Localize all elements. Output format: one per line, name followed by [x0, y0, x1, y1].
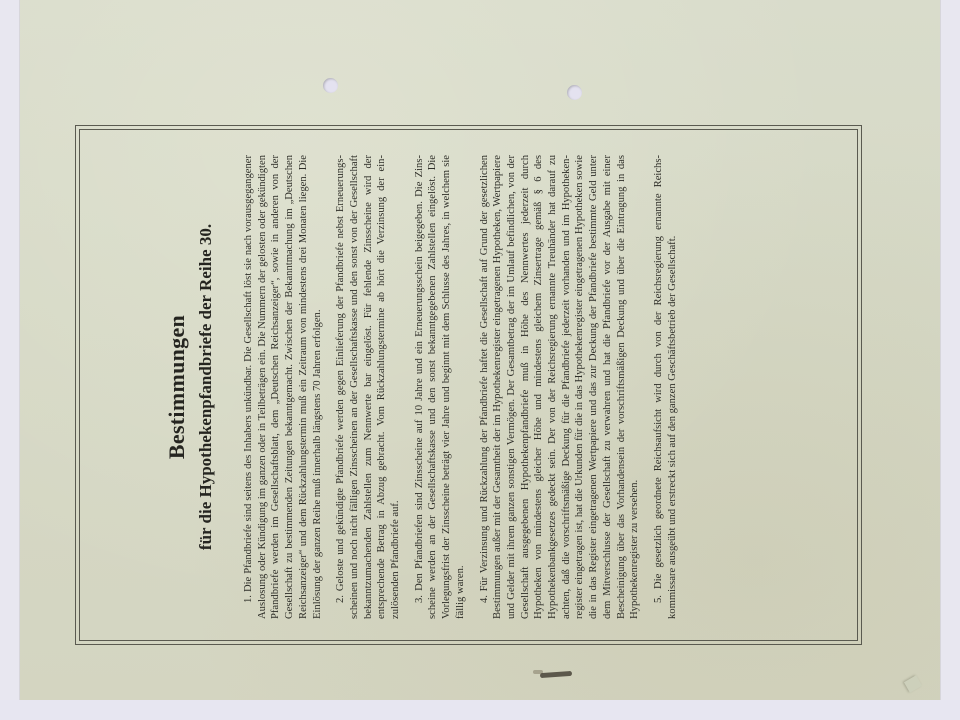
- rotated-text-block: Bestimmungen für die Hypothekenpfandbrie…: [92, 137, 852, 637]
- paragraph-1: 1. Die Pfandbriefe sind seitens des Inha…: [242, 155, 324, 619]
- scan-stage: Bestimmungen für die Hypothekenpfandbrie…: [0, 0, 960, 720]
- paragraph-3: 3. Den Pfandbriefen sind Zinsscheine auf…: [413, 155, 468, 619]
- document-subtitle: für die Hypothekenpfandbriefe der Reihe …: [196, 155, 216, 619]
- punch-hole: [567, 85, 582, 100]
- paragraph-5: 5. Die gesetzlich geordnete Reichsaufsic…: [652, 155, 679, 619]
- background-strip: [0, 700, 960, 720]
- document-title: Bestimmungen: [164, 155, 190, 619]
- punch-hole: [323, 78, 338, 93]
- paragraph-2: 2. Geloste und gekündigte Pfandbriefe we…: [334, 155, 403, 619]
- paragraph-4: 4. Für Verzinsung und Rückzahlung der Pf…: [478, 155, 642, 619]
